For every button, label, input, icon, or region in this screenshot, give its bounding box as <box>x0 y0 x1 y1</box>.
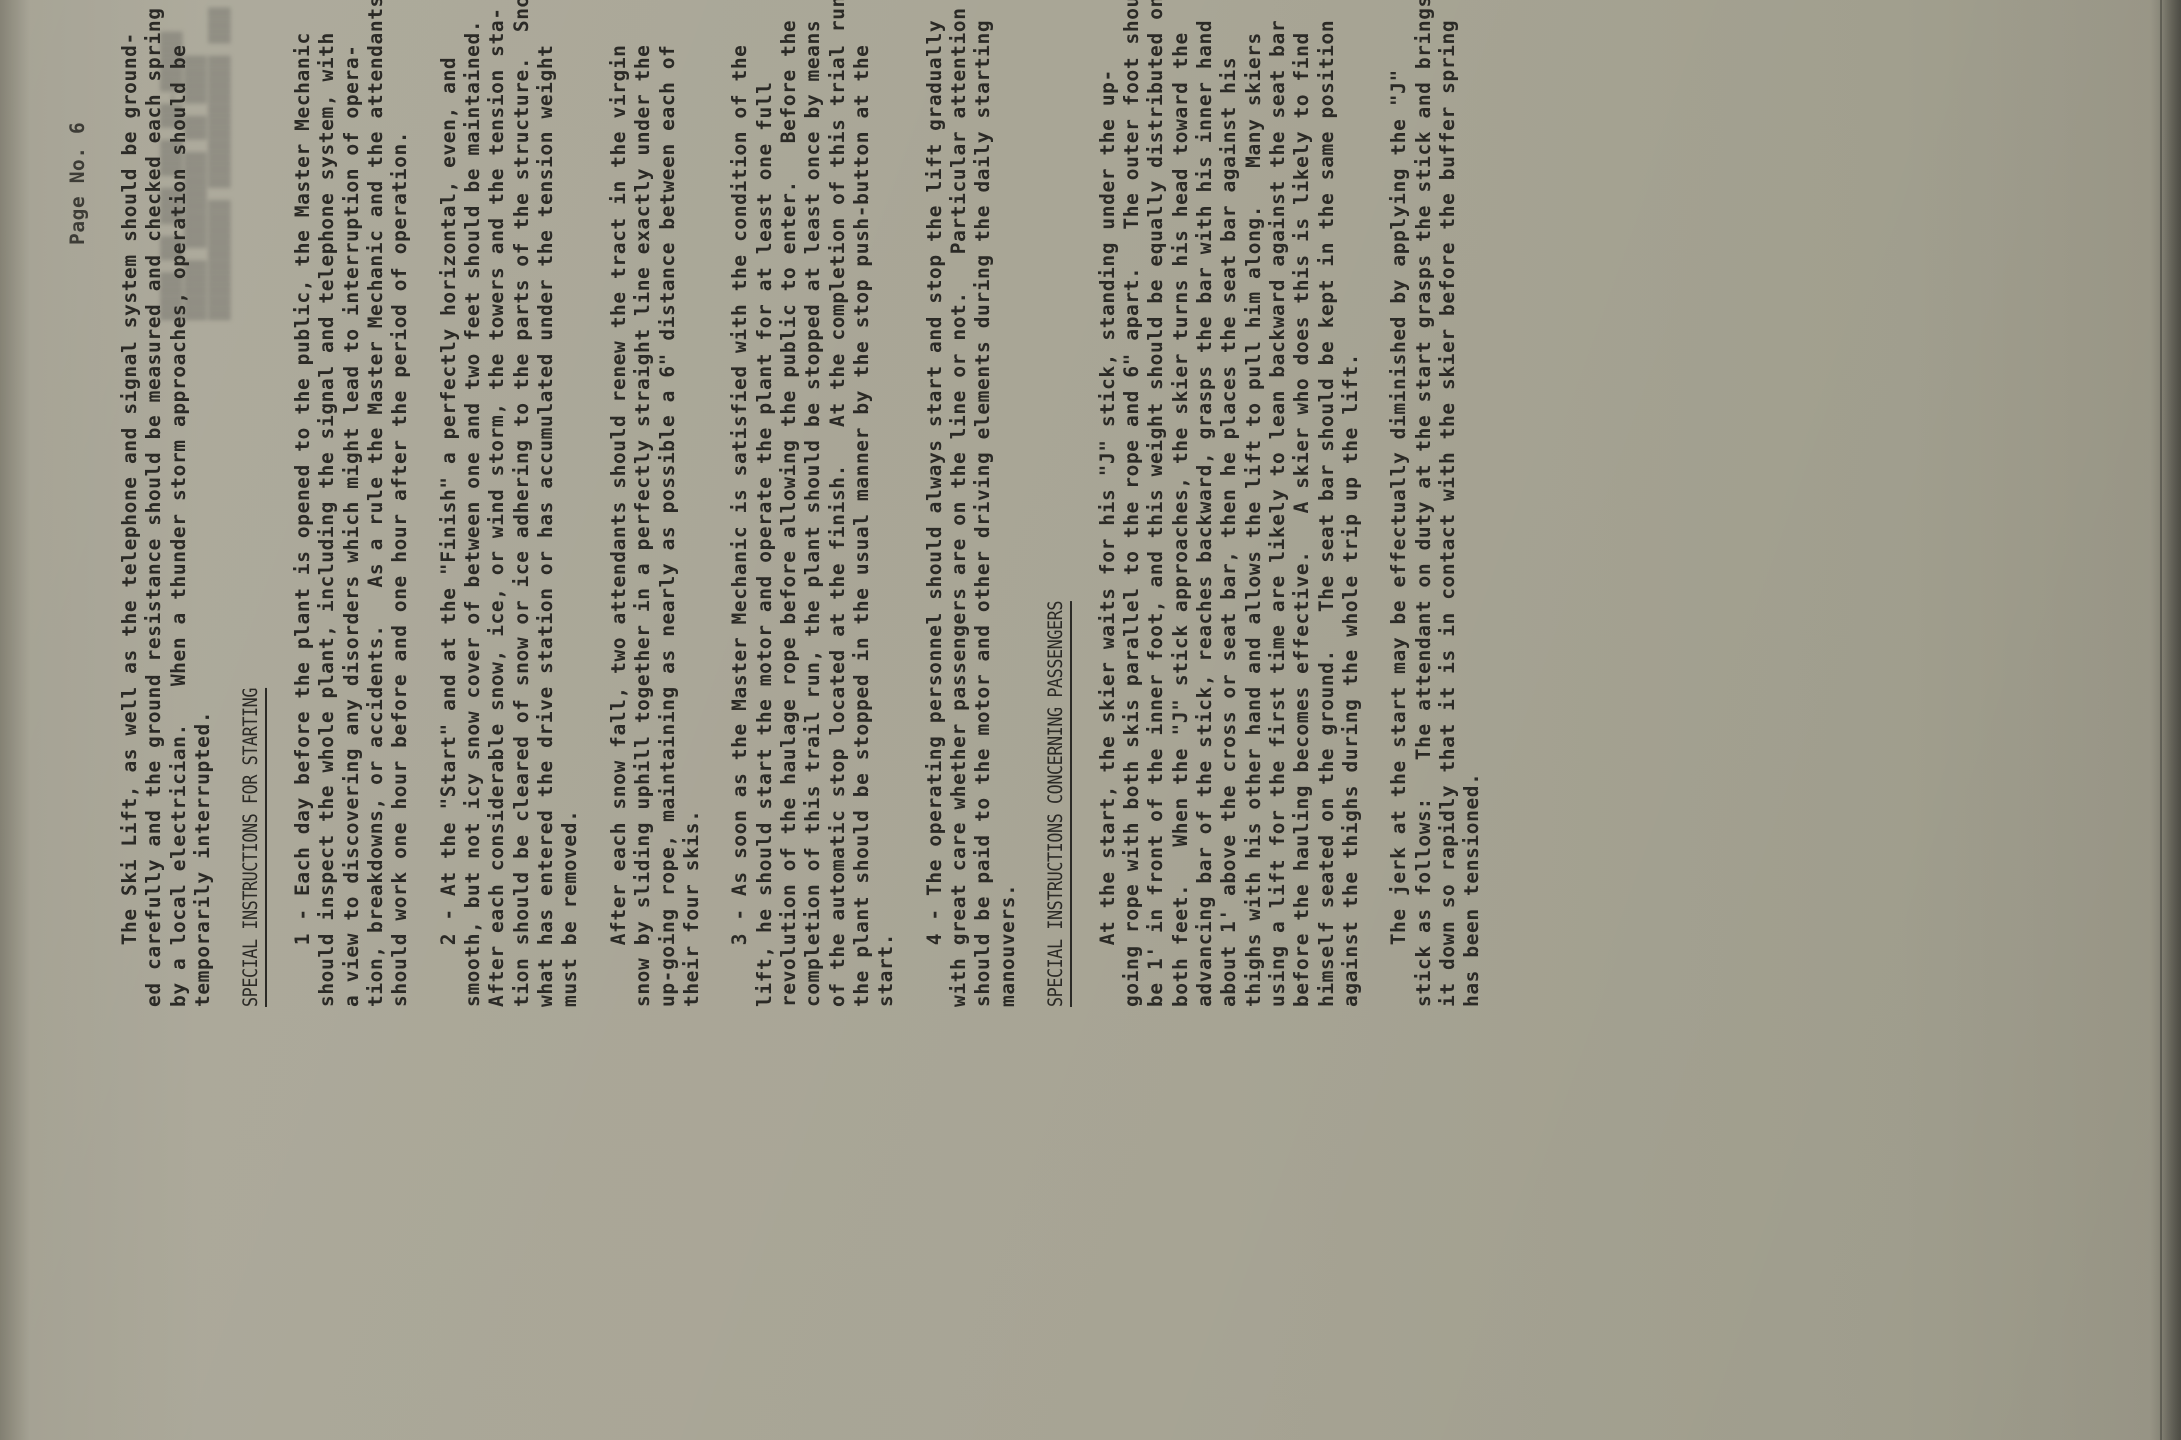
document-photo: ████ ██ ███ ███ ██-█████ █████ ████████ … <box>0 0 2181 1440</box>
text-line: ed carefully and the ground resistance s… <box>142 47 166 1007</box>
text-line: stick as follows: The attendant on duty … <box>1412 47 1436 1007</box>
text-line: The jerk at the start may be effectually… <box>1387 47 1411 1007</box>
text-line: a view to discovering any disorders whic… <box>340 47 364 1007</box>
text-line: before the hauling becomes effective. A … <box>1290 47 1314 1007</box>
text-line: lift, he should start the motor and oper… <box>753 47 777 1007</box>
paragraph: After each snow fall, two attendants sho… <box>607 47 704 1007</box>
text-line: 1 - Each day before the plant is opened … <box>291 47 315 1007</box>
text-line: 4 - The operating personnel should alway… <box>923 47 947 1007</box>
text-line: by a local electrician. When a thunder s… <box>167 47 191 1007</box>
section-starting: SPECIAL INSTRUCTIONS FOR STARTING 1 - Ea… <box>239 47 1020 1007</box>
text-line: should work one hour before and one hour… <box>388 47 412 1007</box>
section-passengers-paragraphs: At the start, the skier waits for his "J… <box>1096 47 1485 1007</box>
typewritten-page: ████ ██ ███ ███ ██-█████ █████ ████████ … <box>0 0 2181 1440</box>
paragraph: 2 - At the "Start" and at the "Finish" a… <box>437 47 583 1007</box>
text-line: should inspect the whole plant, includin… <box>315 47 339 1007</box>
text-line: manouvers. <box>996 47 1020 1007</box>
text-line: The Ski Lift, as well as the telephone a… <box>118 47 142 1007</box>
text-line: advancing bar of the stick, reaches back… <box>1193 47 1217 1007</box>
paragraph: 4 - The operating personnel should alway… <box>923 47 1020 1007</box>
text-line: After each snow fall, two attendants sho… <box>607 47 631 1007</box>
text-line: temporarily interrupted. <box>191 47 215 1007</box>
text-line: about 1' above the cross or seat bar, th… <box>1217 47 1241 1007</box>
text-line: 3 - As soon as the Master Mechanic is sa… <box>728 47 752 1007</box>
text-line: tion should be cleared of snow or ice ad… <box>510 47 534 1007</box>
text-line: 2 - At the "Start" and at the "Finish" a… <box>437 47 461 1007</box>
text-line: start. <box>874 47 898 1007</box>
text-line: with great care whether passengers are o… <box>947 47 971 1007</box>
paragraph: At the start, the skier waits for his "J… <box>1096 47 1363 1007</box>
text-line: up-going rope, maintaining as nearly as … <box>656 47 680 1007</box>
text-line: should be paid to the motor and other dr… <box>971 47 995 1007</box>
document-body: The Ski Lift, as well as the telephone a… <box>118 47 1509 1007</box>
text-line: going rope with both skis parallel to th… <box>1120 47 1144 1007</box>
intro-paragraph: The Ski Lift, as well as the telephone a… <box>118 47 215 1007</box>
text-line: be 1' in front of the inner foot, and th… <box>1144 47 1168 1007</box>
paragraph: 1 - Each day before the plant is opened … <box>291 47 412 1007</box>
text-line: snow by sliding uphill together in a per… <box>631 47 655 1007</box>
page-number: Page No. 6 <box>66 122 90 245</box>
text-line: of the automatic stop located at the fin… <box>826 47 850 1007</box>
paragraph: 3 - As soon as the Master Mechanic is sa… <box>728 47 898 1007</box>
text-line: smooth, but not icy snow cover of betwee… <box>461 47 485 1007</box>
section-starting-paragraphs: 1 - Each day before the plant is opened … <box>291 47 1020 1007</box>
paragraph: The jerk at the start may be effectually… <box>1387 47 1484 1007</box>
text-line: revolution of the haulage rope before al… <box>777 47 801 1007</box>
text-line: what has entered the drive station or ha… <box>534 47 558 1007</box>
text-line: against the thighs during the whole trip… <box>1339 47 1363 1007</box>
text-line: thighs with his other hand and allows th… <box>1242 47 1266 1007</box>
text-line: has been tensioned. <box>1460 47 1484 1007</box>
text-line: both feet. When the "J" stick approaches… <box>1169 47 1193 1007</box>
text-line: himself seated on the ground. The seat b… <box>1315 47 1339 1007</box>
text-line: it down so rapidly that it is in contact… <box>1436 47 1460 1007</box>
text-line: tion, breakdowns, or accidents. As a rul… <box>364 47 388 1007</box>
text-line: After each considerable snow, ice, or wi… <box>485 47 509 1007</box>
section-heading-starting: SPECIAL INSTRUCTIONS FOR STARTING <box>239 688 266 1007</box>
text-line: completion of this trail run, the plant … <box>801 47 825 1007</box>
text-line: At the start, the skier waits for his "J… <box>1096 47 1120 1007</box>
section-heading-passengers: SPECIAL INSTRUCTIONS CONCERNING PASSENGE… <box>1044 601 1071 1007</box>
page-shadow <box>2159 0 2181 1440</box>
section-passengers: SPECIAL INSTRUCTIONS CONCERNING PASSENGE… <box>1044 47 1484 1007</box>
text-line: their four skis. <box>680 47 704 1007</box>
text-line: must be removed. <box>558 47 582 1007</box>
text-line: the plant should be stopped in the usual… <box>850 47 874 1007</box>
text-line: using a lift for the first time are like… <box>1266 47 1290 1007</box>
